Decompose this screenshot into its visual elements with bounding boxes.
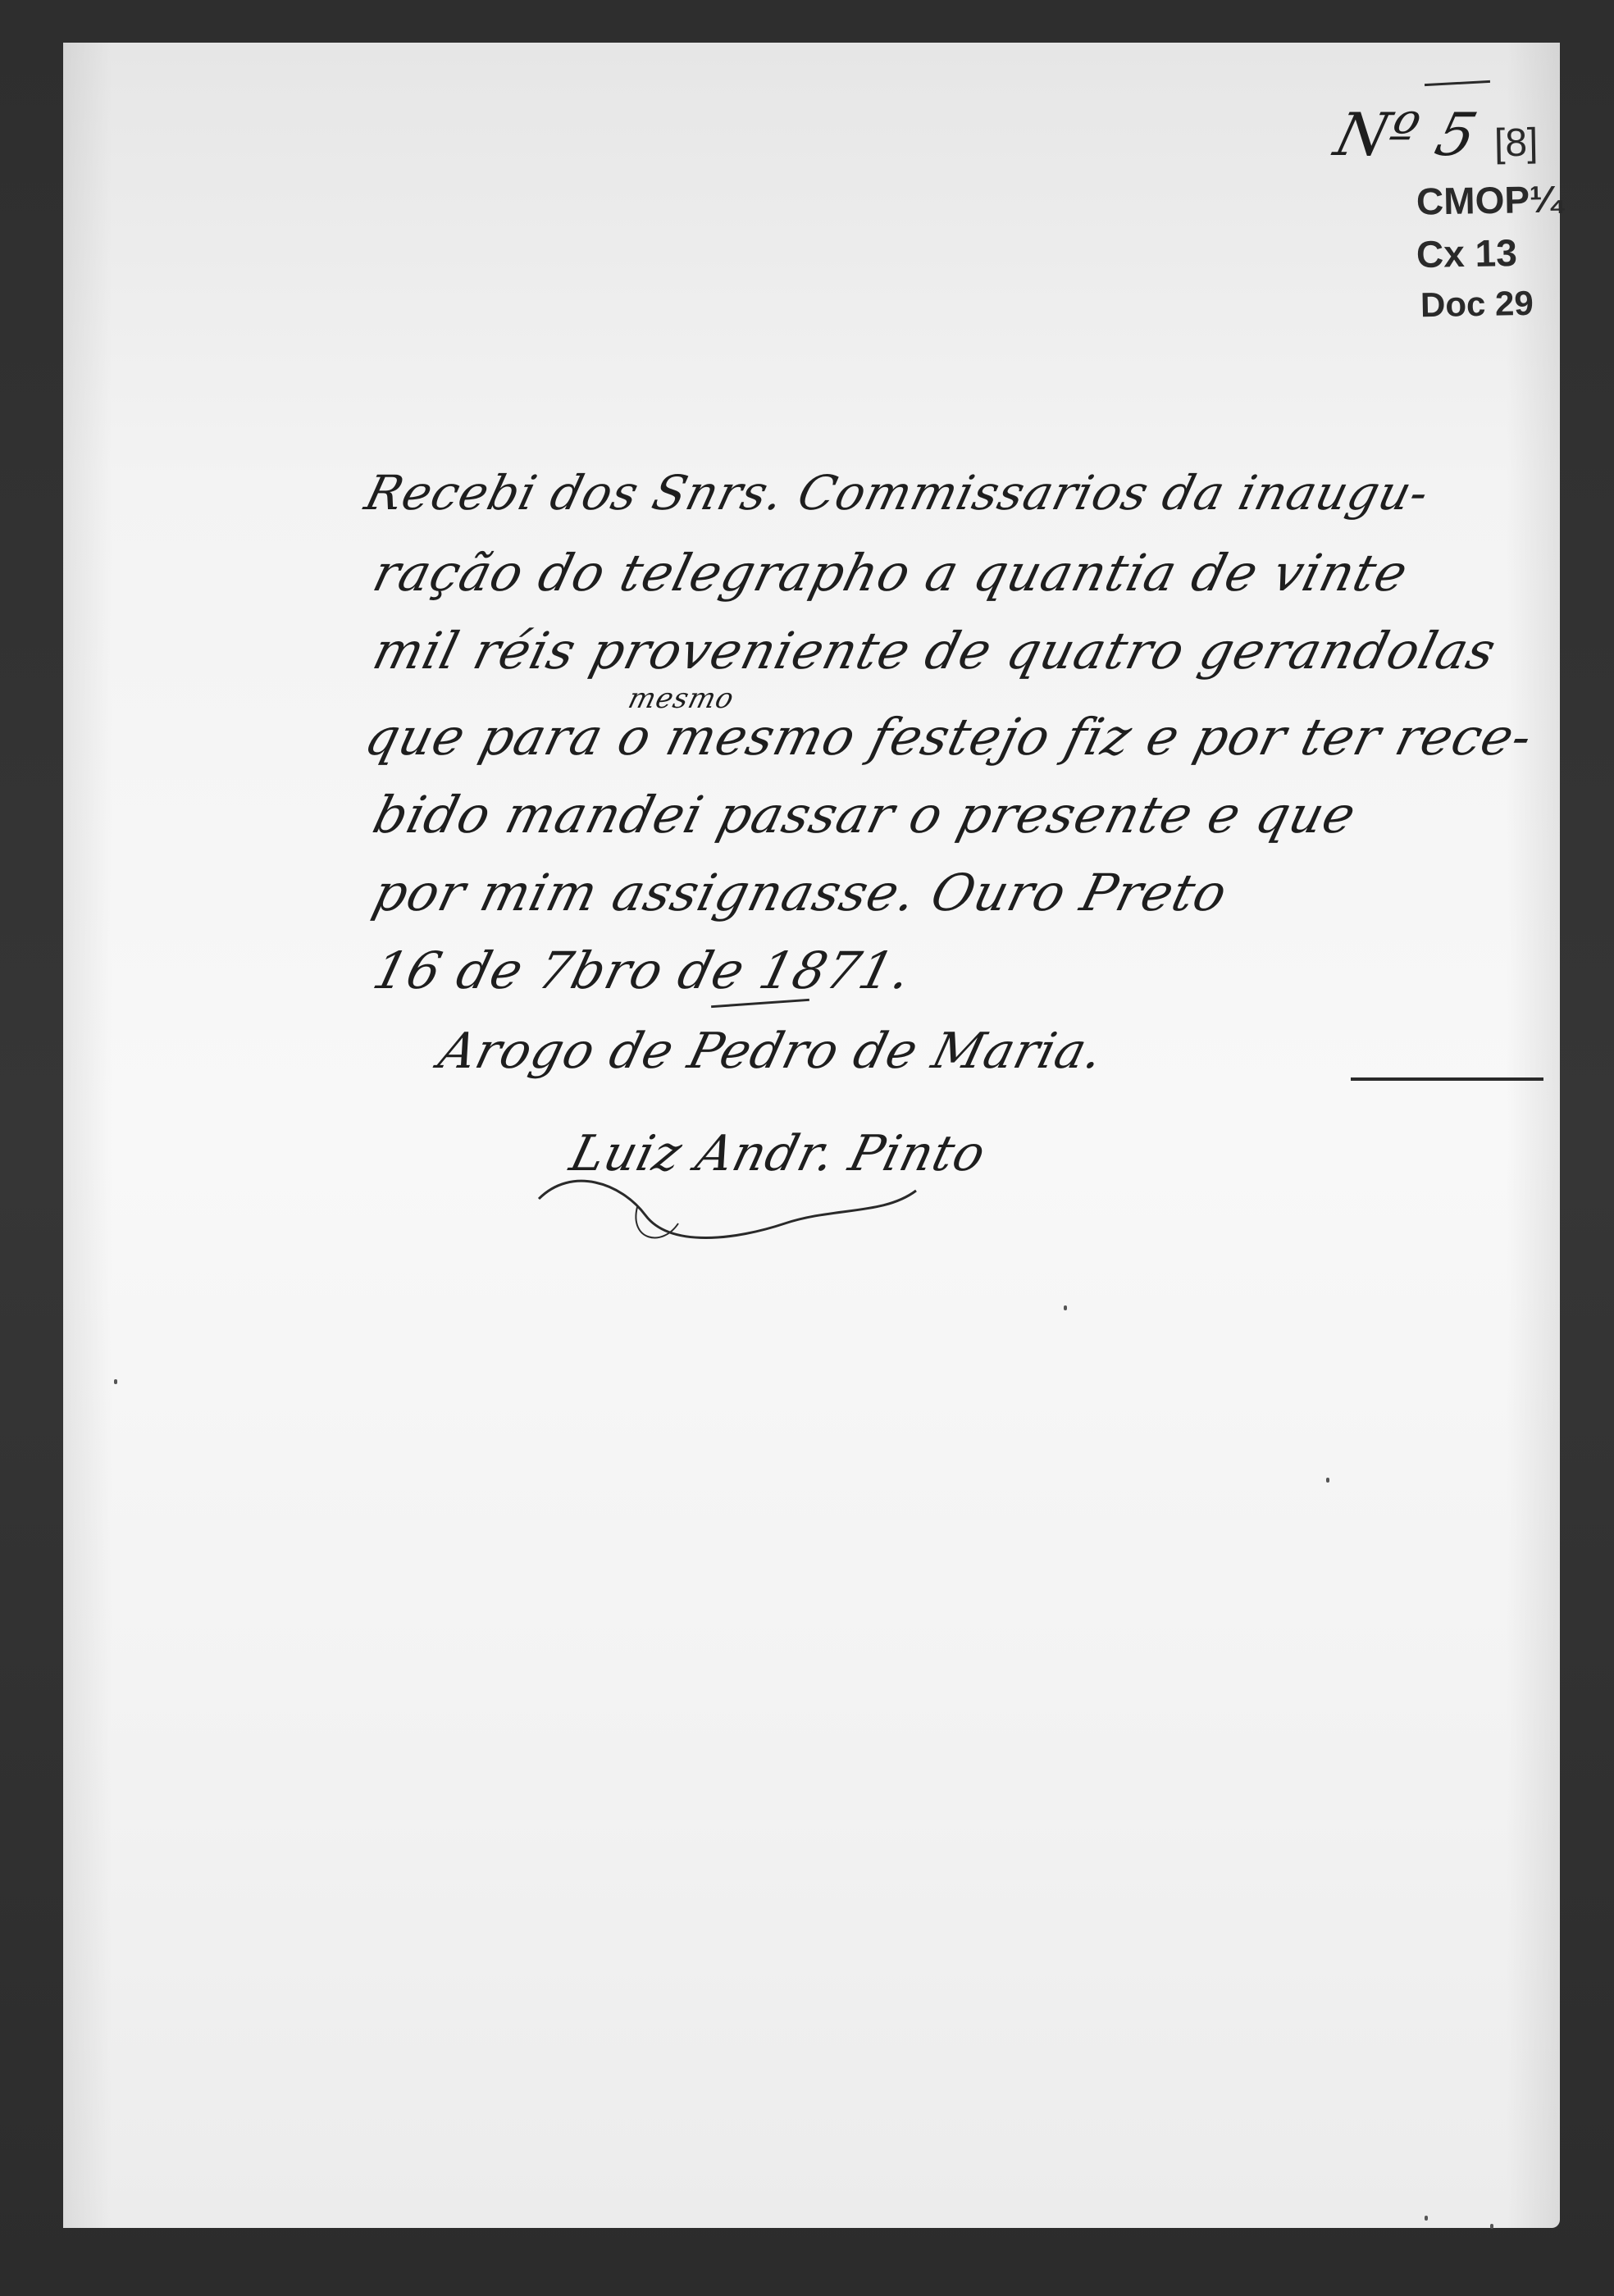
archive-ref-line-3: Doc 29 xyxy=(1420,284,1534,325)
body-line-2: ração do telegrapho a quantia de vinte xyxy=(367,543,1414,603)
folio-mark: [8] xyxy=(1494,121,1539,166)
paper-speck xyxy=(1425,2216,1428,2221)
document-page: Nº 5 [8] CMOP¹⁄₄ Cx 13 Doc 29 Recebi dos… xyxy=(63,43,1560,2228)
archive-ref-line-1: CMOP¹⁄₄ xyxy=(1416,176,1567,223)
body-line-6: por mim assignasse. Ouro Preto xyxy=(367,863,1233,922)
signature-line xyxy=(1351,1077,1543,1081)
signature-by-request: Arogo de Pedro de Maria. xyxy=(433,1023,1110,1080)
paper-speck xyxy=(1064,1305,1067,1310)
document-number: Nº 5 xyxy=(1329,100,1485,169)
body-line-5: bido mandei passar o presente e que xyxy=(367,785,1362,845)
paper-speck xyxy=(1490,2224,1493,2229)
body-line-3: mil réis proveniente de quatro gerandola… xyxy=(367,621,1502,681)
number-underline xyxy=(1425,80,1490,86)
archive-ref-line-2: Cx 13 xyxy=(1416,230,1518,276)
paper-speck xyxy=(114,1379,117,1384)
body-line-4: que para o mesmo festejo fiz e por ter r… xyxy=(359,707,1539,767)
signature-flourish xyxy=(522,1166,932,1256)
paper-speck xyxy=(1326,1478,1329,1483)
date-line: 16 de 7bro de 1871. xyxy=(367,941,918,1000)
body-line-1: Recebi dos Snrs. Commissarios da inaugu- xyxy=(360,465,1435,521)
